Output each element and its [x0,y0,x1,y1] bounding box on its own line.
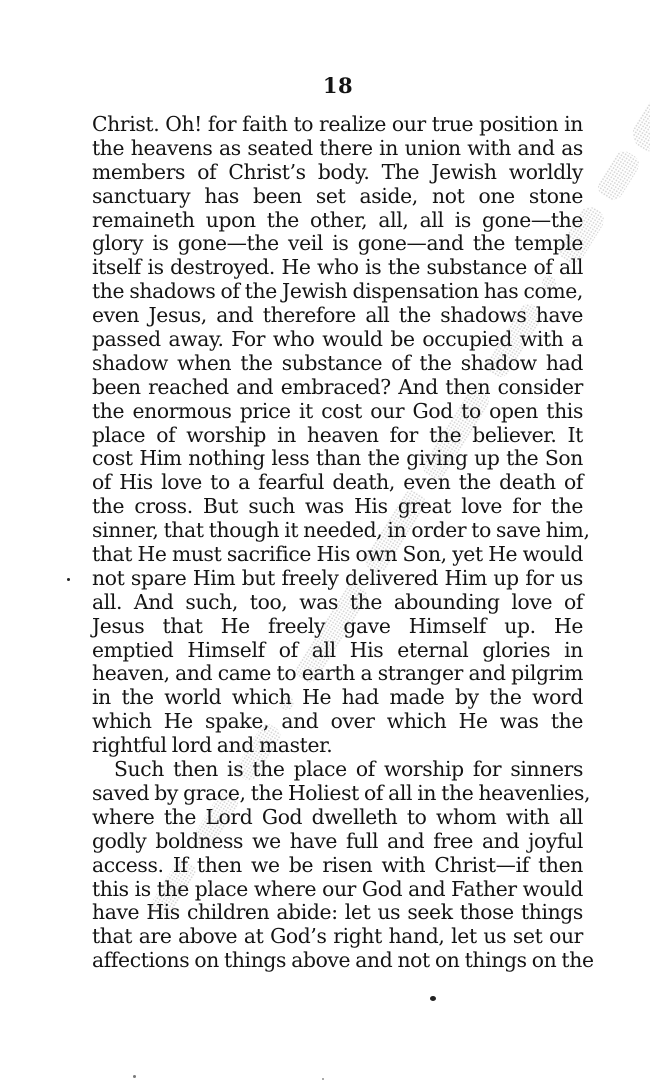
text-line: cost Him nothing less than the giving up… [92,447,583,471]
text-line: godly boldness we have full and free and… [92,830,583,854]
text-line: Such then is the place of worship for si… [92,758,583,782]
body-text: Christ. Oh! for faith to realize our tru… [92,113,583,973]
text-line: the cross. But such was His great love f… [92,495,583,519]
text-line: shadow when the substance of the shadow … [92,352,583,376]
scan-speck [67,578,70,581]
text-line: of His love to a fearful death, even the… [92,471,583,495]
text-line: passed away. For who would be occupied w… [92,328,583,352]
scan-speck [430,996,436,1001]
text-line: emptied Himself of all His eternal glori… [92,639,583,663]
text-line: that He must sacrifice His own Son, yet … [92,543,583,567]
text-line: rightful lord and master. [92,734,583,758]
text-line: been reached and embraced? And then cons… [92,376,583,400]
text-line: place of worship in heaven for the belie… [92,424,583,448]
text-line: remaineth upon the other, all, all is go… [92,209,583,233]
text-line: heaven, and came to earth a stranger and… [92,662,583,686]
paragraph-2: Such then is the place of worship for si… [92,758,583,973]
text-line: Christ. Oh! for faith to realize our tru… [92,113,583,137]
text-line: saved by grace, the Holiest of all in th… [92,782,583,806]
text-line: members of Christ’s body. The Jewish wor… [92,161,583,185]
text-line: the enormous price it cost our God to op… [92,400,583,424]
text-line: even Jesus, and therefore all the shadow… [92,304,583,328]
scan-speck [133,1075,136,1078]
text-line: in the world which He had made by the wo… [92,686,583,710]
text-line: sinner, that though it needed, in order … [92,519,583,543]
text-line: all. And such, too, was the abounding lo… [92,591,583,615]
paragraph-1: Christ. Oh! for faith to realize our tru… [92,113,583,758]
text-line: glory is gone—the veil is gone—and the t… [92,232,583,256]
text-line: itself is destroyed. He who is the subst… [92,256,583,280]
text-line: have His children abide: let us seek tho… [92,901,583,925]
text-line: where the Lord God dwelleth to whom with… [92,806,583,830]
text-line: not spare Him but freely delivered Him u… [92,567,583,591]
text-line: affections on things above and not on th… [92,949,583,973]
text-line: that are above at God’s right hand, let … [92,925,583,949]
text-line: the heavens as seated there in union wit… [92,137,583,161]
text-line: which He spake, and over which He was th… [92,710,583,734]
text-line: access. If then we be risen with Christ—… [92,854,583,878]
text-line: Jesus that He freely gave Himself up. He [92,615,583,639]
page-number: 18 [0,73,650,99]
text-line: this is the place where our God and Fath… [92,878,583,902]
text-line: sanctuary has been set aside, not one st… [92,185,583,209]
scan-speck [322,1078,324,1080]
text-line: the shadows of the Jewish dispensation h… [92,280,583,304]
